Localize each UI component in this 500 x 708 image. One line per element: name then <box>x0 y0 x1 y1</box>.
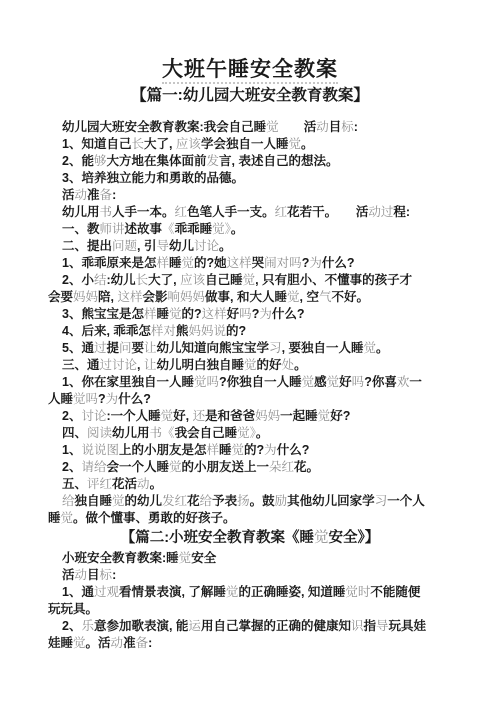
text-segment-light: 应该 <box>180 273 205 287</box>
text-segment-light: 评红 <box>87 477 112 491</box>
text-segment-light: 《 <box>162 222 175 236</box>
text-segment-bold: 睡 <box>156 307 169 321</box>
text-segment-bold: 3、熊宝宝是怎 <box>62 307 144 321</box>
text-segment-light: 觉时 <box>345 585 370 599</box>
text-segment-bold: 一、教 <box>62 222 100 236</box>
text-line: 玩玩具。 <box>48 601 448 618</box>
text-line: 2、能够大方地在集体面前发言, 表述自己的想法。 <box>48 153 448 170</box>
text-segment-light: 朵红 <box>269 460 294 474</box>
text-segment-bold: 的? <box>244 443 264 457</box>
text-segment-bold: 好? <box>330 409 350 423</box>
text-segment-light: 发红 <box>162 494 187 508</box>
text-segment-bold: 什么? <box>118 392 151 406</box>
text-segment-light: 扬 <box>237 494 250 508</box>
text-segment-light: 识 <box>351 619 364 633</box>
text-segment-light: 标 <box>341 120 354 134</box>
text-segment-light: 觉 <box>318 409 331 423</box>
text-line: 1、乖乖原来是怎样睡觉的?她这样哭闹对吗?为什么? <box>48 255 448 272</box>
text-segment-bold: 花若干。 活 <box>287 205 368 219</box>
text-segment-bold: 【篇二:小班安全教育教案《睡 <box>121 530 314 546</box>
text-segment-light: 讨论 <box>194 239 219 253</box>
text-segment-bold: ?你独自一人睡 <box>219 375 302 389</box>
text-line: 二、提出问题, 引导幼儿讨论。 <box>48 238 448 255</box>
text-segment-bold: 独自睡 <box>75 494 113 508</box>
text-segment-bold: 3、培养独立能力和勇敢的品德。 <box>62 171 244 185</box>
text-line: 2、乐意参加歌表演, 能运用自己掌握的正确的健康知识指导玩具娃 <box>48 618 448 635</box>
text-segment-light: 发 <box>206 154 219 168</box>
text-line: 活动目标: <box>48 567 448 584</box>
text-segment-bold: 大了, <box>148 273 180 287</box>
text-line: 三、通过讨论, 让幼儿明白独自睡觉的好处。 <box>48 357 448 374</box>
text-segment-light: 红 <box>275 205 288 219</box>
text-segment-light: 觉 <box>288 137 301 151</box>
text-segment-bold: 是和爸爸 <box>205 409 255 423</box>
text-segment-light: 够 <box>94 154 107 168</box>
text-segment-bold: 提 <box>106 341 119 355</box>
text-segment-bold: 看情景表演, 了解睡 <box>119 585 226 599</box>
text-segment-light: 备 <box>100 188 113 202</box>
text-segment-bold: 安全》】 <box>329 530 380 546</box>
text-segment-light: 处 <box>282 358 295 372</box>
text-line: 1、你在家里独自一人睡觉吗?你独自一人睡觉感觉好吗?你喜欢一 <box>48 374 448 391</box>
text-segment-bold: , <box>137 358 144 372</box>
text-segment-light: 觉 <box>112 494 125 508</box>
text-segment-bold: 述故事 <box>125 222 163 236</box>
text-segment-light: 过 <box>94 341 107 355</box>
text-segment-bold: : <box>112 188 116 202</box>
text-segment-light: 觉》 <box>212 222 231 236</box>
text-line: 2、讨论:一个人睡觉好, 还是和爸爸妈妈一起睡觉好? <box>48 408 448 425</box>
text-segment-light: 觉 <box>244 358 257 372</box>
text-segment-light: 觉 <box>61 511 74 525</box>
text-segment-bold: 娃睡 <box>48 636 73 650</box>
text-segment-bold: 。 <box>301 137 314 151</box>
doc-title: 大班午睡安全教案 <box>0 57 500 83</box>
text-segment-bold: 的幼儿 <box>125 494 163 508</box>
text-segment-bold: 色笔人手一支。 <box>187 205 275 219</box>
text-segment-light: 习 <box>269 341 282 355</box>
text-segment-bold: : <box>148 636 152 650</box>
text-segment-bold: : <box>354 120 358 134</box>
text-segment-bold: 要 <box>132 341 145 355</box>
text-segment-bold: 予表 <box>212 494 237 508</box>
text-segment-bold: 五、 <box>62 477 87 491</box>
text-segment-bold: 做事, 和大人睡 <box>205 290 287 304</box>
text-segment-light: 动 <box>111 636 124 650</box>
text-segment-light: 动 <box>137 477 150 491</box>
text-segment-bold: :幼儿 <box>106 273 135 287</box>
text-segment-bold: 花活 <box>112 477 137 491</box>
text-line: 幼儿用书人手一本。红色笔人手一支。红花若干。 活动过程: <box>48 204 448 221</box>
text-segment-light: 问题 <box>112 239 137 253</box>
text-segment-light: 励 <box>275 494 288 508</box>
text-segment-light: 样 <box>144 307 157 321</box>
text-segment-bold: 的正确睡姿, 知道睡 <box>238 585 345 599</box>
text-segment-bold: 1、通 <box>62 585 94 599</box>
text-segment-bold: 一起睡 <box>280 409 318 423</box>
text-segment-bold: 上的小朋友是怎 <box>119 443 207 457</box>
text-segment-bold: : <box>112 568 116 582</box>
text-segment-bold: 什么? <box>277 443 310 457</box>
text-segment-bold: 陪, <box>98 290 117 304</box>
text-line: 幼儿园大班安全教育教案:我会自己睡觉 活动目标: <box>48 119 448 136</box>
text-segment-bold: 4、后来, 乖乖怎 <box>62 324 151 338</box>
text-segment-bold: 人睡 <box>48 392 73 406</box>
text-segment-bold: 大了, <box>144 137 176 151</box>
text-segment-light: 吗 <box>352 375 365 389</box>
text-segment-bold: 准 <box>87 188 100 202</box>
text-segment-bold: 花。 <box>294 460 319 474</box>
document-page: 大班午睡安全教案 【篇一:幼儿园大班安全教育教案】 幼儿园大班安全教育教案:我会… <box>0 0 500 652</box>
text-segment-light: 觉 <box>73 636 86 650</box>
document-body: 幼儿园大班安全教育教案:我会自己睡觉 活动目标:1、知道自己长大了, 应该学会独… <box>48 119 448 652</box>
text-segment-bold: , 引 <box>137 239 156 253</box>
text-line: 2、小结:幼儿长大了, 应该自己睡觉, 只有胆小、不懂事的孩子才 <box>48 272 448 289</box>
text-segment-bold: 幼儿 <box>169 239 194 253</box>
text-segment-bold: 指 <box>363 619 376 633</box>
text-segment-bold: 感 <box>314 375 327 389</box>
text-segment-light: 应该 <box>176 137 201 151</box>
text-segment-bold: 1、知道自己 <box>62 137 131 151</box>
text-segment-bold: 安全 <box>191 551 216 565</box>
text-segment-light: 觉 <box>243 273 256 287</box>
text-segment-light: 书《 <box>150 426 175 440</box>
text-segment-light: 红 <box>175 205 188 219</box>
text-segment-light: 觉 <box>364 341 377 355</box>
text-segment-bold: 学会独自一人睡 <box>201 137 289 151</box>
text-segment-bold: 。 <box>294 358 307 372</box>
text-segment-light: 觉吗 <box>194 375 219 389</box>
text-segment-light: 结 <box>94 273 107 287</box>
text-segment-light: 觉 <box>169 460 182 474</box>
text-segment-light: 讨论 <box>81 409 106 423</box>
text-segment-bold: 意参加歌表演, 能 <box>94 619 188 633</box>
text-segment-bold: 睡 <box>169 256 182 270</box>
text-segment-bold: 小班安全教育教案:睡 <box>62 551 179 565</box>
section-one-heading: 【篇一:幼儿园大班安全教育教案】 <box>0 86 500 106</box>
text-segment-bold: 会要 <box>48 290 73 304</box>
text-segment-bold: 。 <box>219 239 232 253</box>
text-segment-light: 乐 <box>81 619 94 633</box>
text-segment-bold: 活 <box>62 568 75 582</box>
text-segment-bold: 睡 <box>219 443 232 457</box>
text-segment-bold: 准 <box>123 636 136 650</box>
text-segment-light: 问 <box>119 341 132 355</box>
text-segment-bold: , 要独自一人睡 <box>282 341 364 355</box>
text-segment-light: 为 <box>309 256 322 270</box>
text-segment-light: 备 <box>136 636 149 650</box>
text-segment-light: 书 <box>100 205 113 219</box>
text-segment-light: 动 <box>316 120 329 134</box>
text-line: 5、通过提问要让幼儿知道向熊宝宝学习, 要独自一人睡觉。 <box>48 340 448 357</box>
text-segment-bold: 一个人 <box>387 494 425 508</box>
text-segment-bold: 幼儿用 <box>62 205 100 219</box>
text-segment-light: 欢 <box>397 375 410 389</box>
text-segment-bold: 2、小 <box>62 273 94 287</box>
text-segment-light: 这样 <box>227 256 252 270</box>
text-segment-light: 气 <box>319 290 332 304</box>
text-segment-light: 妈妈 <box>255 409 280 423</box>
text-line: 五、评红花活动。 <box>48 476 448 493</box>
text-segment-bold: 的? <box>182 307 202 321</box>
text-segment-light: 习 <box>375 494 388 508</box>
text-segment-bold: 一 <box>409 375 422 389</box>
text-segment-bold: 会影 <box>143 290 168 304</box>
text-segment-light: 觉 <box>161 409 174 423</box>
text-segment-bold: 好 <box>339 375 352 389</box>
text-segment-light: 觉 <box>327 375 340 389</box>
text-line: 3、培养独立能力和勇敢的品德。 <box>48 170 448 187</box>
text-segment-light: 觉 <box>226 585 239 599</box>
text-segment-bold: 。 <box>231 222 244 236</box>
text-segment-bold: 1、你在家里独自一人睡 <box>62 375 194 389</box>
text-segment-bold: ? <box>98 392 106 406</box>
text-segment-bold: 目 <box>329 120 342 134</box>
text-line: 娃睡觉。活动准备: <box>48 635 448 652</box>
text-segment-bold: 1、 <box>62 443 81 457</box>
text-segment-bold: 1、乖乖原来是怎 <box>62 256 156 270</box>
text-segment-light: 样 <box>206 443 219 457</box>
text-segment-bold: :一个人睡 <box>106 409 160 423</box>
text-segment-bold: 什么? <box>322 256 355 270</box>
text-line: 4、后来, 乖乖怎样对熊妈妈说的? <box>48 323 448 340</box>
text-segment-bold: 什么? <box>272 307 305 321</box>
text-segment-light: 标 <box>100 568 113 582</box>
text-line: 1、通过观看情景表演, 了解睡觉的正确睡姿, 知道睡觉时不能随便 <box>48 584 448 601</box>
text-segment-bold: , 只有胆小、不懂事的孩子才 <box>255 273 412 287</box>
doc-title-text: 大班午睡安全教案 <box>162 58 338 84</box>
text-segment-light: 运 <box>188 619 201 633</box>
text-segment-bold: 活 <box>279 120 317 134</box>
text-segment-bold: ?你喜 <box>364 375 397 389</box>
text-segment-bold: 5、通 <box>62 341 94 355</box>
text-segment-bold: 花 <box>187 494 200 508</box>
text-segment-bold: 。 <box>256 426 269 440</box>
text-line: 四、阅读幼儿用书《我会自己睡觉》。 <box>48 425 448 442</box>
text-segment-light: 还 <box>193 409 206 423</box>
text-segment-light: 为 <box>264 443 277 457</box>
text-segment-bold: 。活 <box>86 636 111 650</box>
text-segment-bold: 二、提出 <box>62 239 112 253</box>
text-segment-light: 动 <box>75 568 88 582</box>
text-segment-bold: 睡 <box>48 511 61 525</box>
text-line: 小班安全教育教案:睡觉安全 <box>48 550 448 567</box>
text-segment-light: 过观 <box>94 585 119 599</box>
text-segment-bold: , 空 <box>300 290 319 304</box>
text-segment-bold: 我会自己睡 <box>175 426 238 440</box>
text-segment-light: 觉 <box>181 256 194 270</box>
text-segment-bold: 活 <box>62 188 75 202</box>
text-segment-bold: 好 <box>227 307 240 321</box>
text-segment-bold: 幼儿用 <box>112 426 150 440</box>
text-segment-light: 让 <box>144 341 157 355</box>
text-segment-bold: 用自己掌握的正确的健康知 <box>201 619 351 633</box>
text-segment-light: 吗 <box>239 307 252 321</box>
text-segment-light: 导 <box>376 619 389 633</box>
text-segment-bold: 玩具娃 <box>389 619 427 633</box>
text-line: 1、说说图上的小朋友是怎样睡觉的?为什么? <box>48 442 448 459</box>
text-segment-light: 样 <box>156 256 169 270</box>
text-line: 给独自睡觉的幼儿发红花给予表扬。鼓励其他幼儿回家学习一个人 <box>48 493 448 510</box>
text-segment-light: 觉 <box>302 375 315 389</box>
text-segment-bold: 2、 <box>62 619 81 633</box>
text-segment-bold: 不好。 <box>331 290 369 304</box>
text-segment-bold: 熊 <box>176 324 189 338</box>
text-segment-light: 妈妈 <box>73 290 98 304</box>
text-segment-light: 觉》 <box>237 426 256 440</box>
text-segment-light: 动 <box>75 188 88 202</box>
text-segment-light: 动过 <box>368 205 393 219</box>
text-segment-bold: 2、 <box>62 409 81 423</box>
text-line: 3、熊宝宝是怎样睡觉的?这样好吗?为什么? <box>48 306 448 323</box>
text-segment-light: 觉 <box>314 530 329 546</box>
text-segment-light: 觉 <box>169 307 182 321</box>
text-segment-bold: 自己睡 <box>205 273 243 287</box>
text-segment-light: 觉 <box>232 443 245 457</box>
text-line: 活动准备: <box>48 187 448 204</box>
text-segment-light: 让 <box>144 358 157 372</box>
text-segment-light: 师讲 <box>100 222 125 236</box>
text-line: 睡觉。做个懂事、勇敢的好孩子。 <box>48 510 448 527</box>
text-line: 1、知道自己长大了, 应该学会独自一人睡觉。 <box>48 136 448 153</box>
text-segment-light: 导 <box>156 239 169 253</box>
text-segment-light: 觉 <box>287 290 300 304</box>
text-segment-bold: 幼儿园大班安全教育教案:我会自己睡 <box>62 120 266 134</box>
text-line: 2、请给会一个人睡觉的小朋友送上一朵红花。 <box>48 459 448 476</box>
text-segment-bold: 程: <box>393 205 410 219</box>
text-segment-bold: 会一个人睡 <box>106 460 169 474</box>
text-segment-bold: 的小朋友送上一 <box>182 460 270 474</box>
text-segment-bold: 2、 <box>62 460 81 474</box>
text-segment-bold: 2、能 <box>62 154 94 168</box>
text-segment-bold: 人手一本。 <box>112 205 175 219</box>
text-segment-light: 响妈妈 <box>168 290 206 304</box>
text-segment-bold: 言, 表述自己的想法。 <box>219 154 338 168</box>
text-segment-light: 说说图 <box>81 443 119 457</box>
text-segment-light: 为 <box>259 307 272 321</box>
text-segment-bold: 目 <box>87 568 100 582</box>
text-segment-bold: 的? <box>226 324 246 338</box>
text-segment-bold: 幼儿明白独自睡 <box>157 358 245 372</box>
text-segment-bold: 不能随便 <box>370 585 420 599</box>
text-line: 一、教师讲述故事《乖乖睡觉》。 <box>48 221 448 238</box>
text-segment-bold: 好, <box>173 409 192 423</box>
text-segment-bold: 的好 <box>257 358 282 372</box>
text-segment-bold: 。 <box>376 341 389 355</box>
section-two-heading: 【篇二:小班安全教育教案《睡觉安全》】 <box>0 528 500 549</box>
text-segment-light: 长 <box>136 273 149 287</box>
text-segment-bold: 的?她 <box>194 256 227 270</box>
text-segment-bold: 三、通 <box>62 358 100 372</box>
text-segment-bold: 幼儿知道向熊宝宝学 <box>157 341 270 355</box>
text-segment-light: 请给 <box>81 460 106 474</box>
text-segment-bold: 其他幼儿回家学 <box>287 494 375 508</box>
text-segment-light: 妈妈说 <box>188 324 226 338</box>
text-segment-light: 给 <box>200 494 213 508</box>
text-segment-light: 阅读 <box>87 426 112 440</box>
text-segment-light: 闹对吗 <box>264 256 302 270</box>
text-segment-bold: 大方地在集体面前 <box>106 154 206 168</box>
text-segment-light: 觉吗 <box>73 392 98 406</box>
text-segment-bold: 乖乖睡 <box>175 222 213 236</box>
text-segment-light: 觉 <box>266 120 279 134</box>
text-segment-light: 给 <box>62 494 75 508</box>
text-segment-light: 长 <box>131 137 144 151</box>
text-segment-bold: 。鼓 <box>250 494 275 508</box>
text-segment-light: 觉 <box>179 551 192 565</box>
text-segment-bold: 哭 <box>252 256 265 270</box>
text-line: 人睡觉吗?为什么? <box>48 391 448 408</box>
text-segment-bold: 。做个懂事、勇敢的好孩子。 <box>73 511 236 525</box>
text-segment-bold: 。 <box>150 477 163 491</box>
text-segment-light: 这样 <box>117 290 142 304</box>
text-segment-light: 为 <box>106 392 119 406</box>
text-segment-light: 样对 <box>151 324 176 338</box>
text-segment-bold: 玩玩具。 <box>48 602 98 616</box>
text-segment-light: 过讨论 <box>100 358 138 372</box>
text-segment-bold: 四、 <box>62 426 87 440</box>
text-line: 会要妈妈陪, 这样会影响妈妈做事, 和大人睡觉, 空气不好。 <box>48 289 448 306</box>
text-segment-light: 这样 <box>202 307 227 321</box>
